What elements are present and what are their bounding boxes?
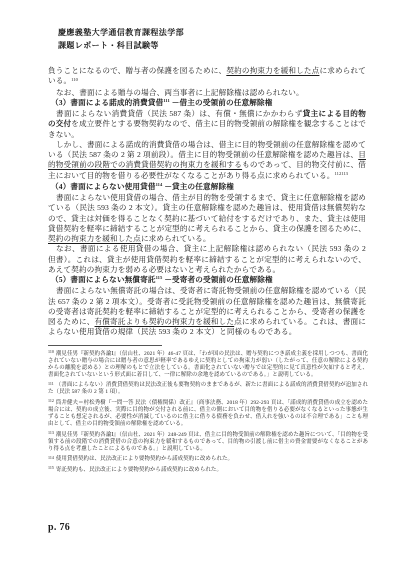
footnote-reference: 110	[71, 77, 78, 82]
body-paragraph: しかし、書面による諾成的消費貸借の場合は、借主に目的物受領前の任意解除権を認めて…	[48, 140, 366, 182]
section-heading: （3）書面による諾成的消費貸借111 －借主の受領前の任意解除権	[48, 98, 366, 109]
text-run: （5）書面によらない無償寄託	[51, 275, 156, 284]
body-paragraph: なお、書面による贈与の場合、両当事者に上記解除権は認められない。	[48, 88, 366, 98]
footnote-number: 115	[48, 465, 54, 470]
document-page: 慶應義塾大学通信教育課程法学部 課題レポート・科目試験等 負うことになるので、贈…	[0, 0, 410, 580]
footnote-number: 111	[48, 381, 54, 386]
footnote: 115寄託契約も、民法改正により要物契約から諾成契約に改められた。	[48, 466, 368, 474]
footnote: 112筒井健夫＝村松秀樹『一問一答 民法（債権関係）改正』（商事法務、2018 …	[48, 399, 368, 428]
underlined-text: 有償寄託よりも契約の拘束力を緩和した	[95, 317, 235, 326]
header-report-line: 課題レポート・科目試験等	[58, 39, 366, 52]
section-heading: （4）書面によらない使用貸借114 －貸主の任意解除権	[48, 182, 366, 193]
footnote: 111（書面によらない）消費貸借契約は民法改正後も要物契約のままであるが、新たに…	[48, 381, 368, 396]
text-run: なお、書面による使用貸借の場合、貸主に上記解除権は認められない（民法 593 条…	[48, 244, 366, 274]
footnote-reference: 111	[163, 98, 169, 103]
footnote-number: 110	[48, 349, 54, 354]
text-run: 書面によらない使用貸借の場合、借主が目的物を受領するまで、貸主に任意解除権を認め…	[48, 193, 366, 233]
footnote: 113潮見佳男『新契約各論Ⅰ』（信山社、2021 年）248-249 頁は、借主…	[48, 431, 368, 453]
text-run: なお、書面による贈与の場合、両当事者に上記解除権は認められない。	[56, 88, 304, 97]
footnote-text: 筒井健夫＝村松秀樹『一問一答 民法（債権関係）改正』（商事法務、2018 年）2…	[48, 400, 368, 427]
text-run: に求められている。	[141, 234, 211, 243]
footnote-number: 112	[48, 398, 54, 403]
footnote-reference: 115	[156, 275, 163, 280]
page-number: p. 76	[48, 522, 70, 533]
body-paragraph: 書面によらない消費貸借（民法 587 条）は、有償・無償にかかわらず貸主による目…	[48, 109, 366, 140]
footnote-reference: 114	[156, 182, 163, 187]
footnote-text: 寄託契約も、民法改正により要物契約から諾成契約に改められた。	[56, 467, 222, 473]
body-paragraph: 書面によらない使用貸借の場合、借主が目的物を受領するまで、貸主に任意解除権を認め…	[48, 193, 366, 244]
text-run: しかし、書面による諾成的消費貸借の場合は、借主に目的物受領前の任意解除権を認めて…	[48, 140, 366, 159]
text-run: （4）書面によらない使用貸借	[51, 182, 156, 191]
underlined-text: 契約の拘束力を緩和した点	[48, 234, 141, 243]
footnote-separator	[48, 345, 162, 346]
text-run: －借主の受領前の任意解除権	[170, 98, 273, 107]
footnote-reference: 112113	[335, 171, 348, 176]
header-university-line: 慶應義塾大学通信教育課程法学部	[58, 26, 366, 39]
footnote: 114使用貸借契約は、民法改正により要物契約から諾成契約に改められた。	[48, 455, 368, 463]
footnote-text: 潮見佳男『新契約各論Ⅰ』（信山社、2021 年）248-249 頁は、借主に目的…	[48, 432, 368, 452]
underlined-text: 契約の拘束力を緩和した点	[226, 66, 319, 75]
section-heading: （5）書面によらない無償寄託115 －受寄者の受領前の任意解除権	[48, 275, 366, 286]
body-paragraph: 書面によらない無償寄託の場合は、受寄者に寄託物受領前の任意解除権を認めている（民…	[48, 286, 366, 337]
footnote-text: 潮見佳男『新契約各論Ⅰ』（信山社、2021 年）46-47 頁は、「わが国の民法…	[48, 351, 368, 378]
text-run: －受寄者の受領前の任意解除権	[162, 275, 272, 284]
footnote-number: 114	[48, 455, 54, 460]
footnote: 110潮見佳男『新契約各論Ⅰ』（信山社、2021 年）46-47 頁は、「わが国…	[48, 350, 368, 379]
footnote-text: 使用貸借契約は、民法改正により要物契約から諾成契約に改められた。	[56, 456, 233, 462]
text-run: を成立要件とする要物契約なので、借主に目的物受領前の解除権を観念することはできな…	[48, 119, 366, 138]
text-run: （3）書面による諾成的消費貸借	[51, 98, 163, 107]
text-run: －貸主の任意解除権	[162, 182, 234, 191]
text-run: 負うことになるので、贈与者の保護を図るために、	[48, 66, 226, 75]
footnote-text: （書面によらない）消費貸借契約は民法改正後も要物契約のままであるが、新たに書面に…	[48, 382, 368, 395]
document-header: 慶應義塾大学通信教育課程法学部 課題レポート・科目試験等	[58, 26, 366, 52]
document-body: 負うことになるので、贈与者の保護を図るために、契約の拘束力を緩和した点に求められ…	[48, 66, 366, 338]
footnote-number: 113	[48, 430, 54, 435]
body-paragraph: 負うことになるので、贈与者の保護を図るために、契約の拘束力を緩和した点に求められ…	[48, 66, 366, 88]
footnotes-section: 110潮見佳男『新契約各論Ⅰ』（信山社、2021 年）46-47 頁は、「わが国…	[48, 350, 368, 474]
body-paragraph: なお、書面による使用貸借の場合、貸主に上記解除権は認められない（民法 593 条…	[48, 244, 366, 275]
text-run: 書面によらない消費貸借（民法 587 条）は、有償・無償にかかわらず	[56, 109, 303, 118]
